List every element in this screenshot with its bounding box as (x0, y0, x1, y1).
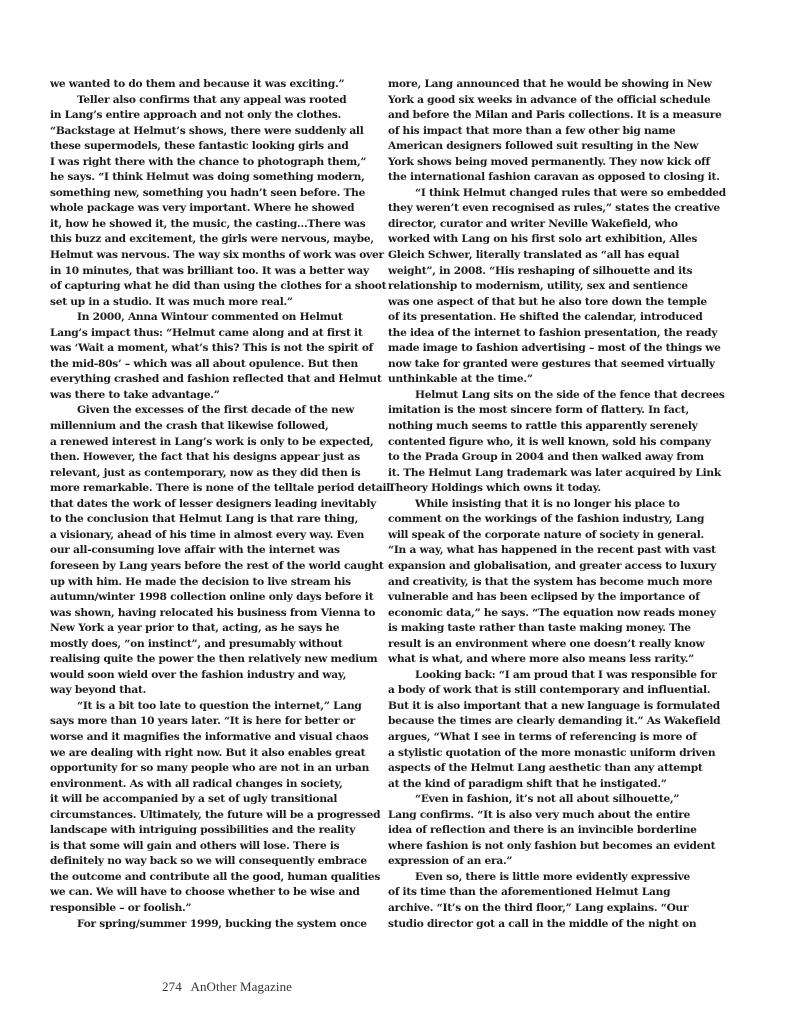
text-line: vulnerable and has been eclipsed by the … (388, 590, 728, 606)
text-line: everything crashed and fashion reflected… (50, 372, 380, 388)
text-line: argues, “What I see in terms of referenc… (388, 730, 728, 746)
text-line: archive. “It’s on the third floor,” Lang… (388, 901, 728, 917)
text-line: set up in a studio. It was much more rea… (50, 295, 380, 311)
text-line: economic data,” he says. “The equation n… (388, 606, 728, 622)
text-line: in 10 minutes, that was brilliant too. I… (50, 264, 380, 280)
text-line: they weren’t even recognised as rules,” … (388, 201, 728, 217)
text-line: relevant, just as contemporary, now as t… (50, 466, 380, 482)
text-line: a renewed interest in Lang’s work is onl… (50, 435, 380, 451)
text-line: Lang’s impact thus: “Helmut came along a… (50, 326, 380, 342)
text-line: Helmut Lang sits on the side of the fenc… (388, 388, 728, 404)
text-line: was one aspect of that but he also tore … (388, 295, 728, 311)
text-line: made image to fashion advertising – most… (388, 341, 728, 357)
text-line: to the conclusion that Helmut Lang is th… (50, 512, 380, 528)
text-line: expression of an era.” (388, 854, 728, 870)
text-line: I was right there with the chance to pho… (50, 155, 380, 171)
text-line: more remarkable. There is none of the te… (50, 481, 380, 497)
text-line: Even so, there is little more evidently … (388, 870, 728, 886)
text-line: “In a way, what has happened in the rece… (388, 543, 728, 559)
text-line: Helmut was nervous. The way six months o… (50, 248, 380, 264)
text-line: a body of work that is still contemporar… (388, 683, 728, 699)
text-line: millennium and the crash that likewise f… (50, 419, 380, 435)
text-line: worked with Lang on his first solo art e… (388, 232, 728, 248)
text-line: way beyond that. (50, 683, 380, 699)
text-line: and before the Milan and Paris collectio… (388, 108, 728, 124)
text-line: in Lang’s entire approach and not only t… (50, 108, 380, 124)
text-line: New York a year prior to that, acting, a… (50, 621, 380, 637)
text-line: foreseen by Lang years before the rest o… (50, 559, 380, 575)
text-line: a stylistic quotation of the more monast… (388, 746, 728, 762)
text-line: realising quite the power the then relat… (50, 652, 380, 668)
text-line: imitation is the most sincere form of fl… (388, 403, 728, 419)
publication-name: AnOther Magazine (190, 979, 292, 994)
text-line: worse and it magnifies the informative a… (50, 730, 380, 746)
text-line: relationship to modernism, utility, sex … (388, 279, 728, 295)
text-line: comment on the workings of the fashion i… (388, 512, 728, 528)
text-line: and creativity, is that the system has b… (388, 575, 728, 591)
text-line: more, Lang announced that he would be sh… (388, 77, 728, 93)
text-line: responsible – or foolish.” (50, 901, 380, 917)
text-line: this buzz and excitement, the girls were… (50, 232, 380, 248)
page-footer: 274 AnOther Magazine (162, 979, 292, 995)
text-line: we wanted to do them and because it was … (50, 77, 380, 93)
text-line: nothing much seems to rattle this appare… (388, 419, 728, 435)
text-line: For spring/summer 1999, bucking the syst… (50, 917, 380, 933)
text-line: Gleich Schwer, literally translated as “… (388, 248, 728, 264)
text-line: American designers followed suit resulti… (388, 139, 728, 155)
text-line: the mid-80s’ – which was all about opule… (50, 357, 380, 373)
text-line: that dates the work of lesser designers … (50, 497, 380, 513)
text-line: While insisting that it is no longer his… (388, 497, 728, 513)
text-line: “It is a bit too late to question the in… (50, 699, 380, 715)
text-line: says more than 10 years later. “It is he… (50, 714, 380, 730)
text-line: is making taste rather than taste making… (388, 621, 728, 637)
text-line: was ‘Wait a moment, what’s this? This is… (50, 341, 380, 357)
text-line: Theory Holdings which owns it today. (388, 481, 728, 497)
text-line: was shown, having relocated his business… (50, 606, 380, 622)
text-line: director, curator and writer Neville Wak… (388, 217, 728, 233)
text-line: expansion and globalisation, and greater… (388, 559, 728, 575)
text-line: York shows being moved permanently. They… (388, 155, 728, 171)
text-line: of capturing what he did than using the … (50, 279, 380, 295)
text-line: definitely no way back so we will conseq… (50, 854, 380, 870)
text-line: unthinkable at the time.” (388, 372, 728, 388)
text-line: York a good six weeks in advance of the … (388, 93, 728, 109)
text-line: “Backstage at Helmut’s shows, there were… (50, 124, 380, 140)
text-line: it. The Helmut Lang trademark was later … (388, 466, 728, 482)
text-line: would soon wield over the fashion indust… (50, 668, 380, 684)
page-number: 274 (162, 979, 182, 994)
text-line: the international fashion caravan as opp… (388, 170, 728, 186)
text-line: we can. We will have to choose whether t… (50, 885, 380, 901)
text-line: In 2000, Anna Wintour commented on Helmu… (50, 310, 380, 326)
text-line: “I think Helmut changed rules that were … (388, 186, 728, 202)
text-line: up with him. He made the decision to liv… (50, 575, 380, 591)
text-line: aspects of the Helmut Lang aesthetic tha… (388, 761, 728, 777)
text-line: Looking back: “I am proud that I was res… (388, 668, 728, 684)
text-line: studio director got a call in the middle… (388, 917, 728, 933)
text-line: landscape with intriguing possibilities … (50, 823, 380, 839)
text-line: to the Prada Group in 2004 and then walk… (388, 450, 728, 466)
text-line: these supermodels, these fantastic looki… (50, 139, 380, 155)
text-line: weight”, in 2008. “His reshaping of silh… (388, 264, 728, 280)
text-line: environment. As with all radical changes… (50, 777, 380, 793)
text-line: it will be accompanied by a set of ugly … (50, 792, 380, 808)
text-line: a visionary, ahead of his time in almost… (50, 528, 380, 544)
text-line: of its presentation. He shifted the cale… (388, 310, 728, 326)
text-line: our all-consuming love affair with the i… (50, 543, 380, 559)
text-line: result is an environment where one doesn… (388, 637, 728, 653)
text-line: was there to take advantage.” (50, 388, 380, 404)
text-line: mostly does, “on instinct”, and presumab… (50, 637, 380, 653)
text-line: of its time than the aforementioned Helm… (388, 885, 728, 901)
text-line: then. However, the fact that his designs… (50, 450, 380, 466)
text-line: Teller also confirms that any appeal was… (50, 93, 380, 109)
text-line: circumstances. Ultimately, the future wi… (50, 808, 380, 824)
text-line: what is what, and where more also means … (388, 652, 728, 668)
text-line: he says. “I think Helmut was doing somet… (50, 170, 380, 186)
text-line: at the kind of paradigm shift that he in… (388, 777, 728, 793)
text-line: where fashion is not only fashion but be… (388, 839, 728, 855)
left-text-column: we wanted to do them and because it was … (50, 77, 380, 932)
text-line: But it is also important that a new lang… (388, 699, 728, 715)
text-line: Given the excesses of the first decade o… (50, 403, 380, 419)
text-line: contented figure who, it is well known, … (388, 435, 728, 451)
magazine-page: we wanted to do them and because it was … (0, 0, 786, 1023)
text-line: Lang confirms. “It is also very much abo… (388, 808, 728, 824)
text-line: “Even in fashion, it’s not all about sil… (388, 792, 728, 808)
text-line: idea of reflection and there is an invin… (388, 823, 728, 839)
text-line: whole package was very important. Where … (50, 201, 380, 217)
text-line: it, how he showed it, the music, the cas… (50, 217, 380, 233)
text-line: because the times are clearly demanding … (388, 714, 728, 730)
text-line: the idea of the internet to fashion pres… (388, 326, 728, 342)
text-line: something new, something you hadn’t seen… (50, 186, 380, 202)
text-line: will speak of the corporate nature of so… (388, 528, 728, 544)
text-line: autumn/winter 1998 collection online onl… (50, 590, 380, 606)
text-line: opportunity for so many people who are n… (50, 761, 380, 777)
text-line: the outcome and contribute all the good,… (50, 870, 380, 886)
text-line: we are dealing with right now. But it al… (50, 746, 380, 762)
text-line: of his impact that more than a few other… (388, 124, 728, 140)
right-text-column: more, Lang announced that he would be sh… (388, 77, 728, 932)
text-line: now take for granted were gestures that … (388, 357, 728, 373)
text-line: is that some will gain and others will l… (50, 839, 380, 855)
